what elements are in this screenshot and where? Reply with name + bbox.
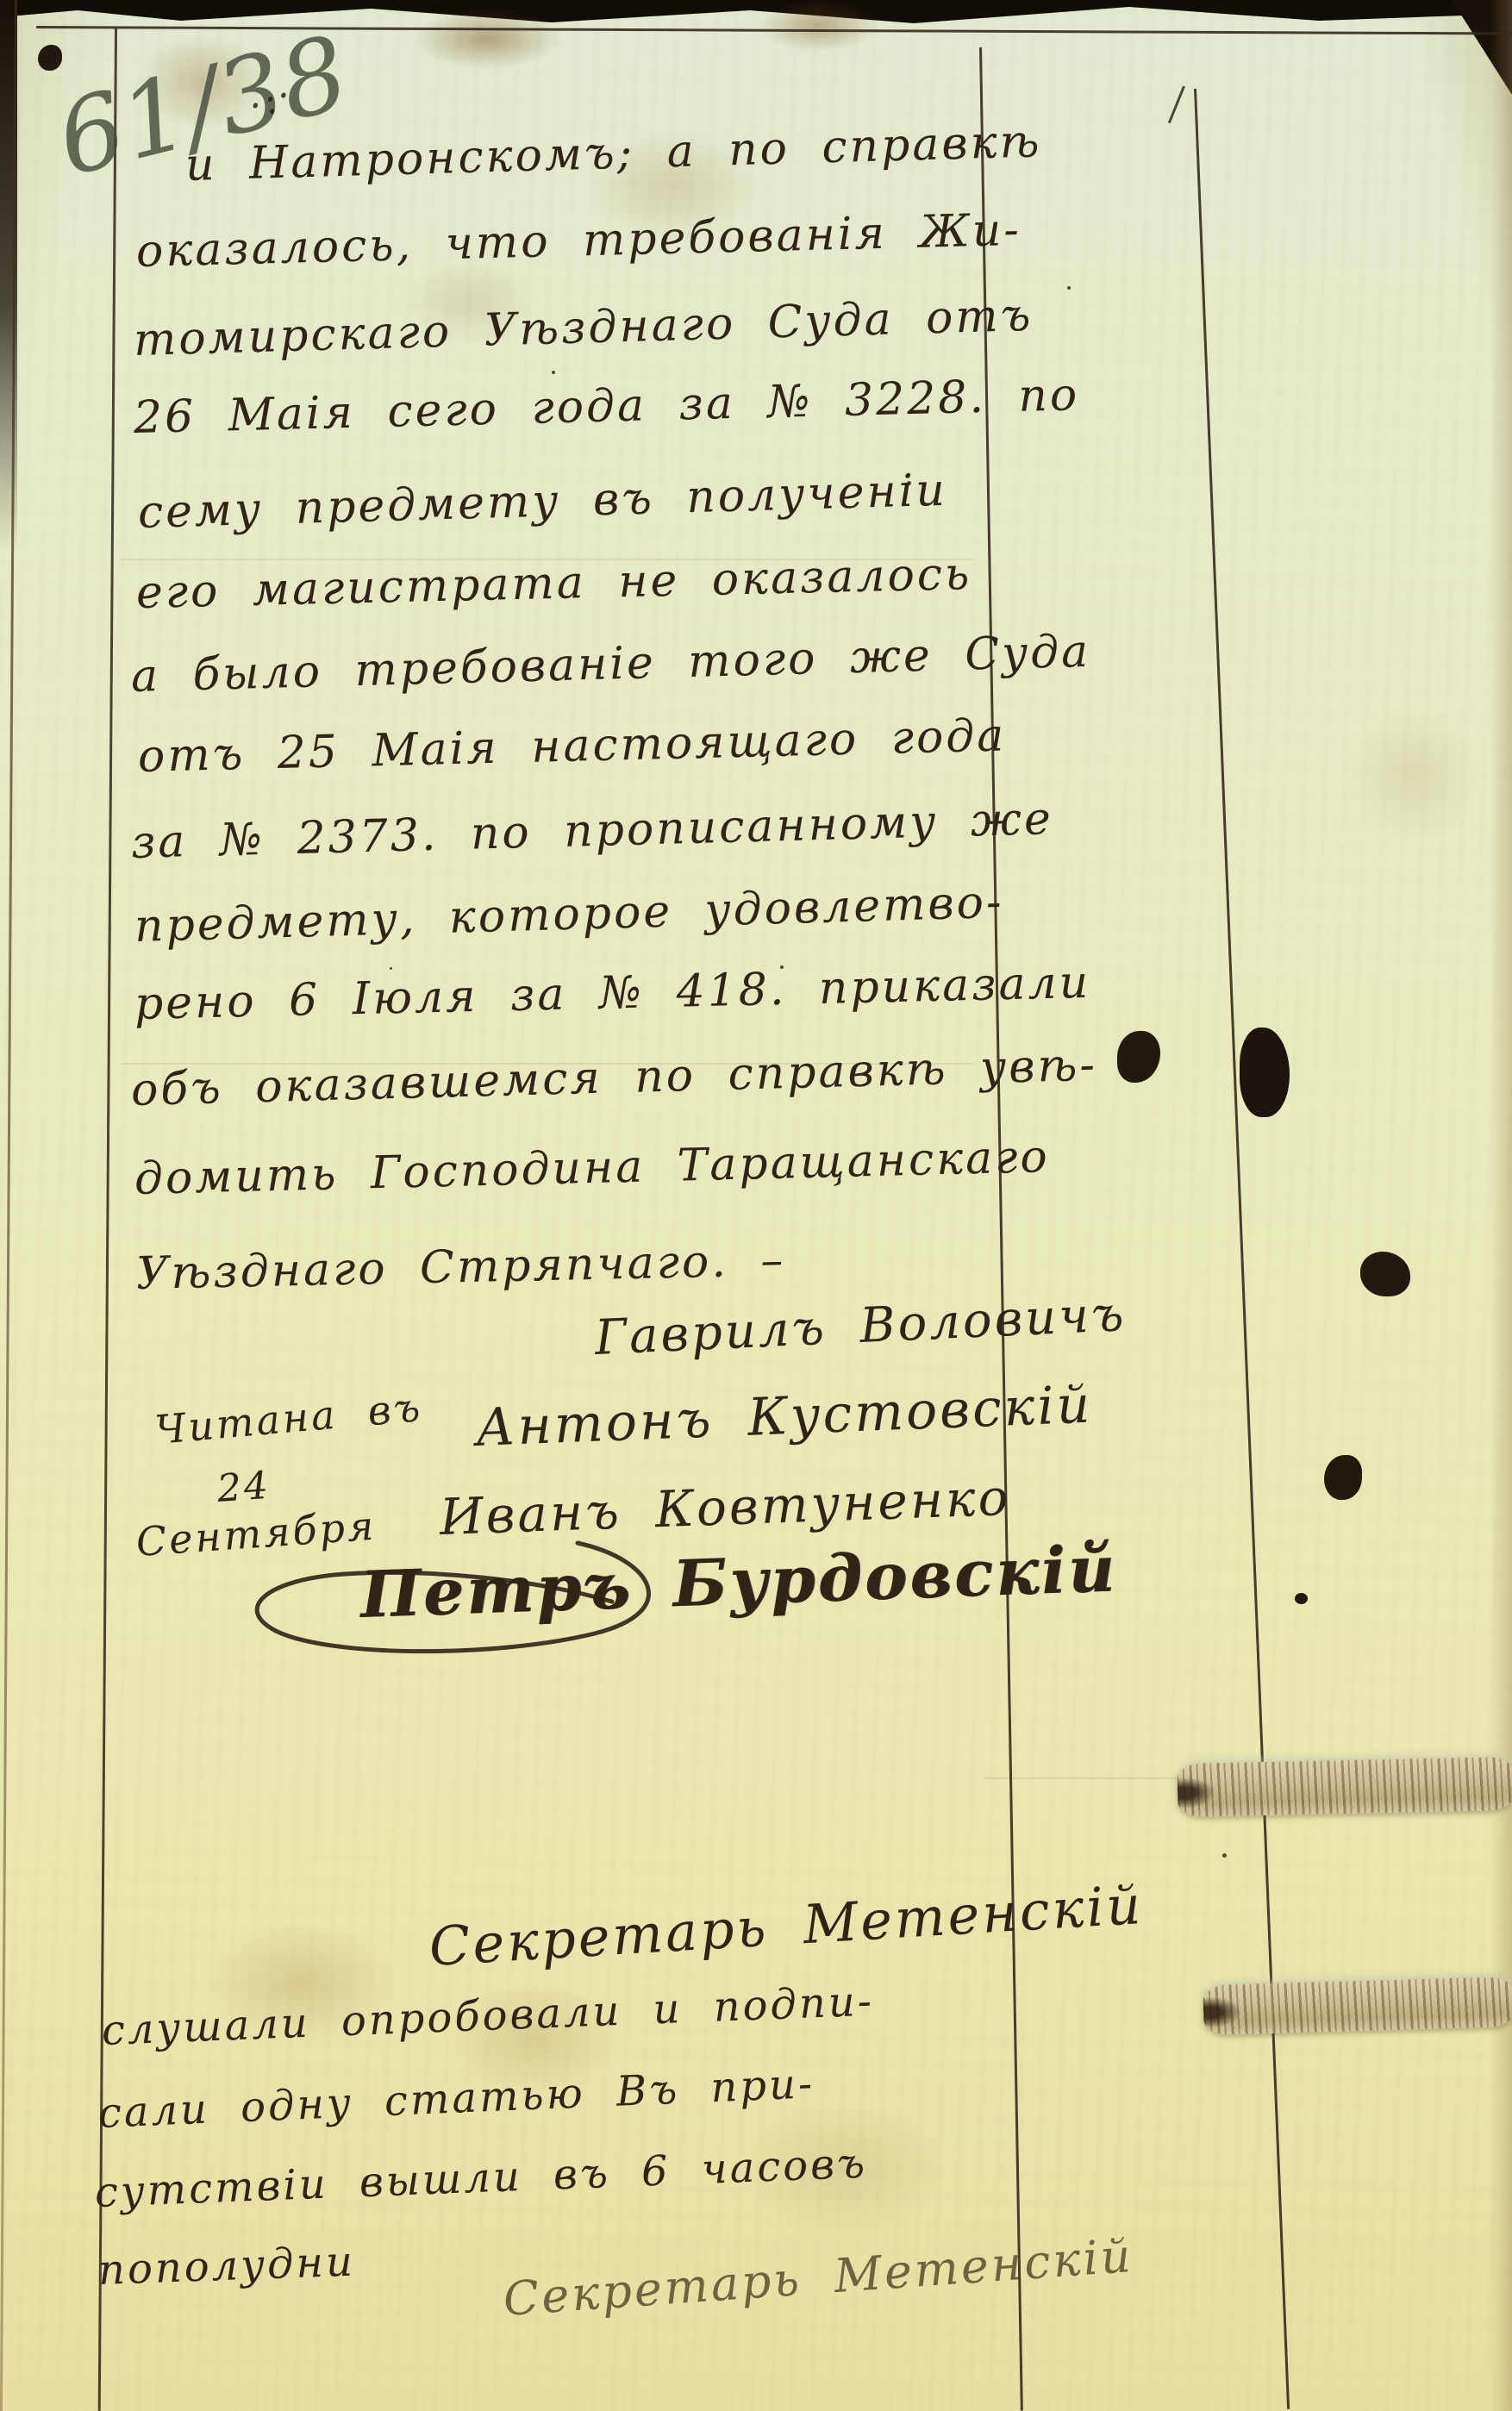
page-right-edge-shading — [1490, 0, 1512, 2411]
ink-blot — [1324, 1455, 1362, 1500]
margin-note-day: 24 — [216, 1464, 272, 1511]
closing-line: пополудни — [97, 2238, 356, 2295]
fold-line — [983, 1777, 1190, 1779]
ink-spot — [38, 45, 62, 71]
ink-speck — [907, 481, 911, 485]
binding-thread — [1203, 1977, 1512, 2035]
scanned-document-page: 61/38 ·:· и Натронскомъ; а по справкѣ ок… — [0, 0, 1512, 2411]
ink-speck — [1067, 286, 1071, 290]
ink-speck — [1222, 1853, 1227, 1858]
ink-speck — [780, 965, 784, 969]
binding-thread — [1177, 1757, 1512, 1817]
ink-speck — [552, 371, 555, 374]
ink-blot — [1240, 1027, 1290, 1117]
ink-speck — [390, 967, 392, 970]
margin-note-flourish — [129, 1534, 681, 1681]
ink-speck — [1295, 1593, 1308, 1604]
